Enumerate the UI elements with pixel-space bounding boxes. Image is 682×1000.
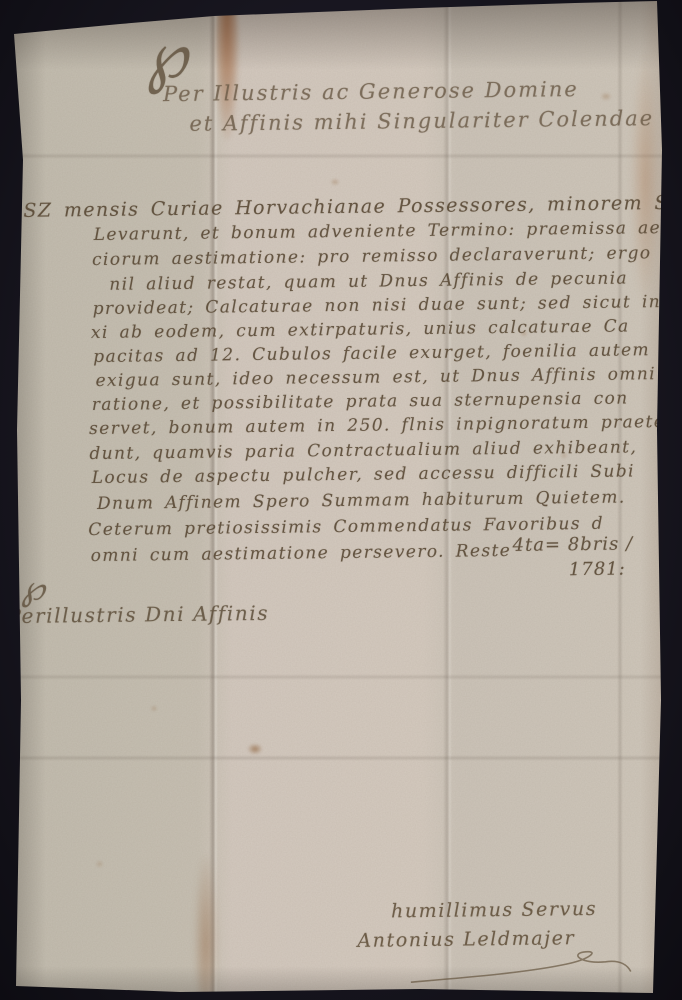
- date-year: 1781:: [569, 559, 626, 581]
- body-line: SZ mensis Curiae Horvachianae Possessore…: [23, 191, 682, 222]
- body-line: omni cum aestimatione persevero. Reste: [91, 541, 512, 566]
- body-line: ciorum aestimatione: pro remisso declara…: [92, 243, 652, 270]
- body-line: servet, bonum autem in 250. flnis inpign…: [89, 412, 678, 439]
- body-line: pacitas ad 12. Cubulos facile exurget, f…: [93, 340, 650, 367]
- signature-flourish-icon: [405, 941, 636, 989]
- body-line: Levarunt, et bonum adveniente Termino: p…: [94, 218, 682, 245]
- date-day-month: 4ta= 8bris /: [512, 533, 633, 555]
- signature-line-1: humillimus Servus: [391, 898, 597, 923]
- manuscript-text: ℘ Per Illustris ac Generose Domine et Af…: [0, 0, 682, 1000]
- salutation-line-1: Per Illustris ac Generose Domine: [163, 77, 579, 106]
- body-line: xi ab eodem, cum extirpaturis, unius cal…: [91, 316, 630, 343]
- body-line: Dnum Affinem Spero Summam habiturum Quie…: [97, 488, 626, 514]
- salutation-line-2: et Affinis mihi Singulariter Colendae: [189, 106, 654, 136]
- paper-sheet: ℘ Per Illustris ac Generose Domine et Af…: [0, 0, 682, 1000]
- body-line: exigua sunt, ideo necessum est, ut Dnus …: [95, 364, 656, 391]
- body-line: ratione, et possibilitate prata sua ster…: [92, 388, 629, 415]
- address-line: Perillustris Dni Affinis: [7, 601, 269, 628]
- body-line: provideat; Calcaturae non nisi duae sunt…: [93, 292, 682, 319]
- body-line: nil aliud restat, quam ut Dnus Affinis d…: [109, 268, 628, 294]
- body-line: Locus de aspectu pulcher, sed accessu di…: [92, 461, 635, 488]
- photograph-background: ℘ Per Illustris ac Generose Domine et Af…: [0, 0, 682, 1000]
- body-line: dunt, quamvis paria Contractualium aliud…: [89, 437, 637, 464]
